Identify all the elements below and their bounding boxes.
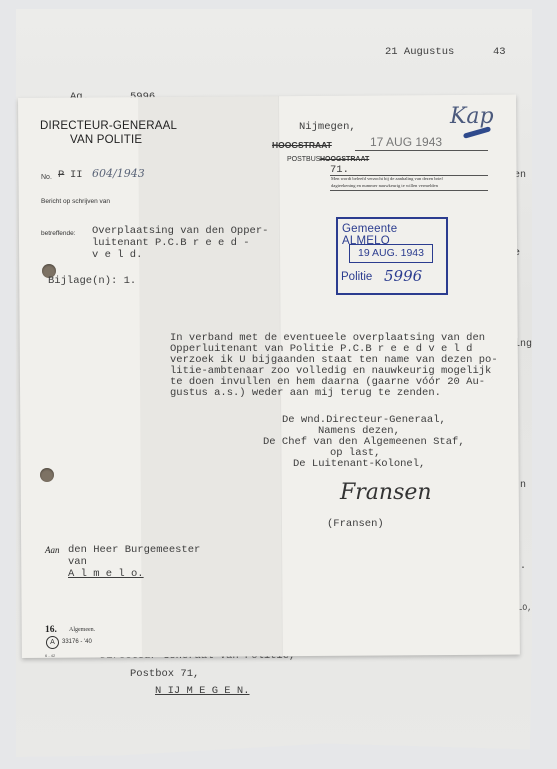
struck-street: HOOGSTRAAT xyxy=(272,140,332,151)
number-label: No. xyxy=(41,172,52,183)
body-line: gustus a.s.) weder aan mij terug te zend… xyxy=(170,388,441,399)
back-letter-year: 43 xyxy=(493,47,506,58)
number-struck: P xyxy=(58,170,64,181)
stamp-date: 19 AUG. 1943 xyxy=(349,244,433,263)
stamp-label: Politie xyxy=(341,271,372,283)
addressee-line: den Heer Burgemeester xyxy=(68,545,200,556)
handwritten-signature: Fransen xyxy=(340,480,432,505)
number-handwritten: 604/1943 xyxy=(92,168,145,179)
subject-label: betreffende: xyxy=(41,228,76,239)
number-typed: II xyxy=(70,170,83,181)
letterhead-line2: VAN POLITIE xyxy=(70,135,142,146)
reply-label: Bericht op schrijven van xyxy=(41,196,110,207)
subject-line: Overplaatsing van den Opper- xyxy=(92,226,268,237)
date-rule xyxy=(355,150,488,151)
form-category: Algemeen. xyxy=(69,625,95,636)
print-code-small: 6 - 42 xyxy=(45,650,55,661)
back-letter-city: N IJ M E G E N. xyxy=(155,686,250,697)
letterhead-line1: DIRECTEUR-GENERAAL xyxy=(40,121,177,132)
notice-rule xyxy=(330,190,488,191)
addressee-line: A l m e l o. xyxy=(68,569,144,580)
handwritten-kap-mark: Kap xyxy=(450,104,494,129)
printer-emblem-icon: A xyxy=(46,636,59,649)
postbus-label: POSTBUS xyxy=(287,154,320,165)
subject-line: luitenant P.C.B r e e d - xyxy=(92,238,250,249)
punch-hole-bottom xyxy=(40,468,54,482)
signatory-name: (Fransen) xyxy=(327,519,384,530)
attachments: Bijlage(n): 1. xyxy=(48,276,136,287)
place: Nijmegen, xyxy=(299,122,356,133)
form-number: 16. xyxy=(45,625,57,636)
citation-notice-line1: Men wordt beleefd verzocht bij de aanhal… xyxy=(331,176,443,182)
back-letter-date: 21 Augustus xyxy=(385,47,454,58)
addressee-label: Aan xyxy=(45,545,60,556)
letter-date: 17 AUG 1943 xyxy=(370,137,442,148)
signature-line: De Luitenant-Kolonel, xyxy=(293,459,425,470)
back-letter-postbox: Postbox 71, xyxy=(130,669,199,680)
addressee-line: van xyxy=(68,557,87,568)
almelo-police-stamp: Gemeente ALMELO 19 AUG. 1943 Politie 599… xyxy=(336,217,448,295)
stamp-number: 5996 xyxy=(384,267,422,285)
citation-notice-line2: dagteekening en nummer nauwkeurig te wil… xyxy=(331,183,438,189)
subject-line: v e l d. xyxy=(92,250,142,261)
print-code: 33176 - '40 xyxy=(62,637,92,648)
